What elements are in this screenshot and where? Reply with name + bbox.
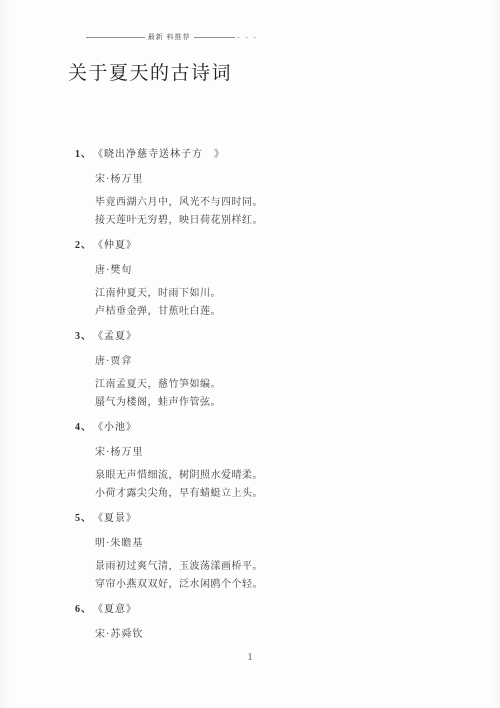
poem-block-1: 1、《晓出净慈寺送林子方 》 宋·杨万里 毕竟西湖六月中，风光不与四时同。 接天… bbox=[68, 148, 460, 227]
poem-title: 《孟夏》 bbox=[98, 331, 137, 342]
poem-block-6: 6、《夏意》 宋·苏舜钦 bbox=[68, 603, 460, 641]
poem-author: 宋·杨万里 bbox=[95, 446, 460, 459]
poem-list: 1、《晓出净慈寺送林子方 》 宋·杨万里 毕竟西湖六月中，风光不与四时同。 接天… bbox=[68, 148, 460, 641]
poem-line: 小荷才露尖尖角，早有蜻蜓立上头。 bbox=[95, 487, 460, 500]
header-label: 最新 料推荐 bbox=[148, 33, 191, 41]
poem-heading: 3、《孟夏》 bbox=[75, 330, 460, 343]
header-rule-left bbox=[86, 37, 145, 38]
poem-line: 毕竟西湖六月中，风光不与四时同。 bbox=[95, 196, 460, 209]
poem-title: 《夏意》 bbox=[98, 604, 137, 615]
page-title: 关于夏天的古诗词 bbox=[68, 62, 460, 86]
page-number: 1 bbox=[243, 652, 257, 663]
poem-author: 宋·杨万里 bbox=[95, 173, 460, 186]
header-dashes: - - - bbox=[238, 33, 259, 41]
poem-heading: 2、《仲夏》 bbox=[75, 239, 460, 252]
poem-heading: 5、《夏景》 bbox=[75, 512, 460, 525]
poem-number: 3、 bbox=[75, 331, 92, 342]
poem-number: 6、 bbox=[75, 604, 92, 615]
poem-author: 宋·苏舜钦 bbox=[95, 628, 460, 641]
poem-author: 唐·贾弇 bbox=[95, 355, 460, 368]
poem-number: 1、 bbox=[75, 149, 92, 160]
poem-line: 卢桔垂金弹，甘蕉吐白莲。 bbox=[95, 305, 460, 318]
poem-author: 唐·樊旬 bbox=[95, 264, 460, 277]
poem-title: 《小池》 bbox=[98, 422, 137, 433]
poem-title: 《晓出净慈寺送林子方 》 bbox=[98, 149, 225, 160]
poem-block-2: 2、《仲夏》 唐·樊旬 江南仲夏天，时雨下如川。 卢桔垂金弹，甘蕉吐白莲。 bbox=[68, 239, 460, 318]
poem-number: 4、 bbox=[75, 422, 92, 433]
poem-block-3: 3、《孟夏》 唐·贾弇 江南孟夏天，慈竹笋如编。 蜃气为楼阁，蛙声作管弦。 bbox=[68, 330, 460, 409]
page-header: 最新 料推荐 - - - bbox=[86, 33, 258, 41]
document-page: 最新 料推荐 - - - 关于夏天的古诗词 1、《晓出净慈寺送林子方 》 宋·杨… bbox=[0, 0, 500, 708]
poem-heading: 1、《晓出净慈寺送林子方 》 bbox=[75, 148, 460, 161]
poem-heading: 4、《小池》 bbox=[75, 421, 460, 434]
poem-heading: 6、《夏意》 bbox=[75, 603, 460, 616]
poem-number: 5、 bbox=[75, 513, 92, 524]
poem-line: 穿帘小燕双双好，泛水闲鸥个个轻。 bbox=[95, 578, 460, 591]
poem-block-5: 5、《夏景》 明·朱瞻基 景雨初过爽气清，玉波荡漾画桥平。 穿帘小燕双双好，泛水… bbox=[68, 512, 460, 591]
poem-line: 景雨初过爽气清，玉波荡漾画桥平。 bbox=[95, 560, 460, 573]
poem-title: 《仲夏》 bbox=[98, 240, 137, 251]
poem-line: 江南孟夏天，慈竹笋如编。 bbox=[95, 378, 460, 391]
poem-block-4: 4、《小池》 宋·杨万里 泉眼无声惜细流，树阴照水爱晴柔。 小荷才露尖尖角，早有… bbox=[68, 421, 460, 500]
poem-line: 江南仲夏天，时雨下如川。 bbox=[95, 287, 460, 300]
poem-line: 接天莲叶无穷碧，映日荷花别样红。 bbox=[95, 214, 460, 227]
poem-author: 明·朱瞻基 bbox=[95, 537, 460, 550]
poem-number: 2、 bbox=[75, 240, 92, 251]
document-content: 关于夏天的古诗词 1、《晓出净慈寺送林子方 》 宋·杨万里 毕竟西湖六月中，风光… bbox=[0, 0, 500, 641]
poem-line: 泉眼无声惜细流，树阴照水爱晴柔。 bbox=[95, 469, 460, 482]
header-rule-right bbox=[194, 37, 235, 38]
poem-line: 蜃气为楼阁，蛙声作管弦。 bbox=[95, 396, 460, 409]
poem-title: 《夏景》 bbox=[98, 513, 137, 524]
